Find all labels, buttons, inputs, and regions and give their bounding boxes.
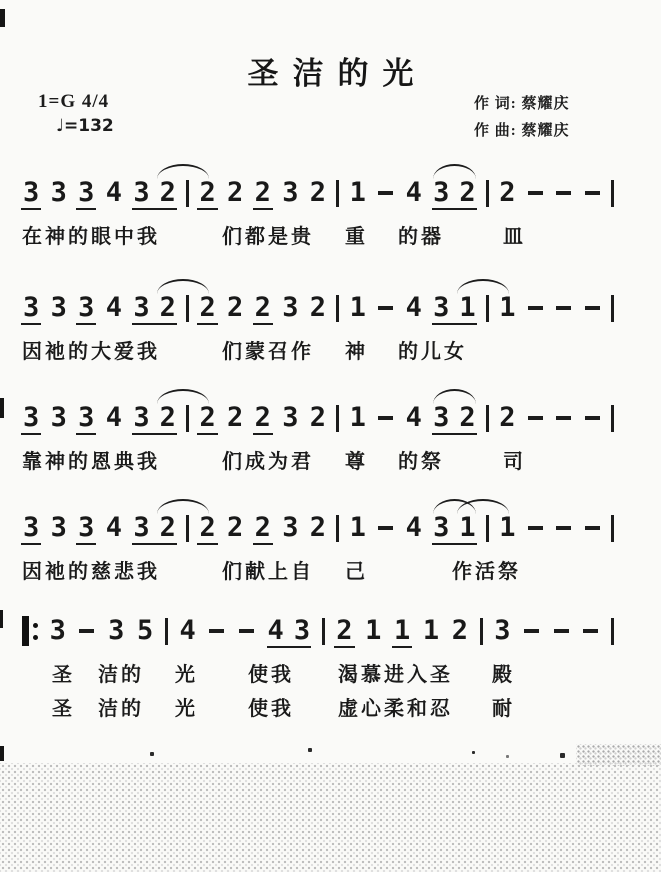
note-digit: 5	[136, 616, 154, 646]
notes-row: 3334322223214311	[22, 511, 614, 545]
note-digit: 4	[105, 513, 123, 543]
slur-arc	[157, 499, 209, 514]
slur-arc	[433, 164, 476, 179]
note-digit: 2	[254, 178, 272, 208]
lyric-segment: 皿	[503, 220, 526, 249]
note-digit: 3	[77, 293, 95, 323]
duration-dash	[583, 526, 602, 530]
scan-speck	[472, 751, 475, 754]
duration-dash-mark	[239, 629, 254, 633]
duration-dash-mark	[378, 416, 393, 420]
barline	[611, 295, 614, 322]
repeat-dot	[33, 623, 38, 628]
lyric-segment: 洁的	[98, 658, 144, 687]
note-digit: 3	[281, 513, 299, 543]
barline	[486, 515, 489, 542]
barline	[611, 180, 614, 207]
lyrics-row: 因祂的慈悲我们献上自己作活祭	[0, 555, 661, 581]
barline	[322, 618, 325, 645]
lyric-segment: 因祂的慈悲我	[22, 555, 160, 584]
repeat-bar	[22, 616, 29, 646]
beamed-note-group: 32	[432, 403, 477, 433]
note-digit: 2	[226, 403, 244, 433]
lyrics-row: 在神的眼中我们都是贵重的器皿	[0, 220, 661, 246]
note-digit: 2	[226, 293, 244, 323]
beamed-note-group: 32	[132, 513, 177, 543]
duration-dash	[526, 306, 545, 310]
scan-speck	[560, 753, 565, 758]
note-digit: 4	[268, 616, 284, 646]
note-digit: 3	[22, 293, 40, 323]
lyric-segment: 们蒙召作	[222, 335, 314, 364]
note-digit: 3	[294, 616, 310, 646]
note-digit: 3	[281, 293, 299, 323]
scan-speck	[308, 748, 312, 752]
duration-dash-mark	[554, 629, 569, 633]
note-digit: 1	[459, 293, 475, 323]
barline	[611, 618, 614, 645]
note-digit: 3	[433, 293, 449, 323]
barline	[186, 515, 189, 542]
note-digit: 3	[50, 293, 68, 323]
lyric-segment: 在神的眼中我	[22, 220, 160, 249]
note-digit: 2	[498, 178, 516, 208]
barline	[186, 180, 189, 207]
beamed-note-group: 32	[432, 178, 477, 208]
barline	[186, 295, 189, 322]
duration-dash	[526, 191, 545, 195]
repeat-start-sign	[22, 616, 38, 646]
note-digit: 1	[393, 616, 411, 646]
notes-row: 3334322223214322	[22, 401, 614, 435]
duration-dash	[526, 416, 545, 420]
note-digit: 2	[309, 178, 327, 208]
music-system-3: 3334322223214322 靠神的恩典我们成为君尊的祭司	[0, 401, 661, 435]
lyric-segment: 圣	[52, 658, 75, 687]
barline	[486, 405, 489, 432]
note-digit: 3	[433, 513, 449, 543]
note-digit: 4	[105, 178, 123, 208]
note-digit: 4	[405, 178, 423, 208]
slur-arc	[433, 389, 476, 404]
note-digit: 1	[459, 513, 475, 543]
note-digit: 1	[422, 616, 440, 646]
barline	[336, 405, 339, 432]
note-digit: 3	[22, 403, 40, 433]
barline	[165, 618, 168, 645]
duration-dash-mark	[524, 629, 539, 633]
lyric-segment: 使我	[248, 692, 294, 721]
duration-dash	[526, 526, 545, 530]
beamed-note-group: 31	[432, 513, 477, 543]
music-system-1: 3334322223214322 在神的眼中我们都是贵重的器皿	[0, 176, 661, 210]
duration-dash-mark	[528, 416, 543, 420]
barline	[186, 405, 189, 432]
lyric-segment: 己	[345, 555, 368, 584]
music-system-4: 3334322223214311 因祂的慈悲我们献上自己作活祭	[0, 511, 661, 545]
note-digit: 3	[50, 513, 68, 543]
scan-artifact	[0, 610, 3, 628]
duration-dash	[583, 306, 602, 310]
duration-dash-mark	[378, 526, 393, 530]
barline	[486, 180, 489, 207]
note-digit: 4	[405, 403, 423, 433]
lyric-segment: 洁的	[98, 692, 144, 721]
duration-dash-mark	[378, 191, 393, 195]
note-digit: 3	[133, 178, 149, 208]
note-digit: 1	[349, 178, 367, 208]
duration-dash	[376, 191, 395, 195]
duration-dash	[207, 629, 226, 633]
duration-dash	[554, 416, 573, 420]
scan-artifact	[0, 398, 4, 418]
repeat-dots	[33, 623, 38, 640]
duration-dash	[376, 416, 395, 420]
duration-dash	[522, 629, 541, 633]
note-digit: 2	[309, 513, 327, 543]
lyrics-row: 圣洁的光使我虚心柔和忍耐	[0, 692, 661, 718]
slur-arc	[457, 279, 509, 294]
note-digit: 1	[349, 513, 367, 543]
duration-dash-mark	[585, 191, 600, 195]
duration-dash-mark	[585, 306, 600, 310]
note-digit: 3	[77, 178, 95, 208]
lyric-segment: 尊	[345, 445, 368, 474]
note-digit: 2	[226, 513, 244, 543]
duration-dash-mark	[528, 306, 543, 310]
note-digit: 2	[451, 616, 469, 646]
barline	[611, 405, 614, 432]
duration-dash-mark	[528, 526, 543, 530]
barline	[486, 295, 489, 322]
note-digit: 2	[498, 403, 516, 433]
lyric-segment: 殿	[492, 658, 515, 687]
note-digit: 2	[459, 403, 475, 433]
lyrics-row: 圣洁的光使我渴慕进入圣殿	[0, 658, 661, 684]
note-digit: 3	[49, 616, 67, 646]
scan-artifact	[0, 746, 4, 761]
lyric-segment: 们都是贵	[222, 220, 314, 249]
note-digit: 4	[105, 293, 123, 323]
lyric-segment: 光	[175, 658, 198, 687]
duration-dash-mark	[79, 629, 94, 633]
duration-dash	[376, 526, 395, 530]
lyric-segment: 们成为君	[222, 445, 314, 474]
note-digit: 2	[254, 293, 272, 323]
duration-dash-mark	[209, 629, 224, 633]
duration-dash	[583, 191, 602, 195]
lyric-segment: 神	[345, 335, 368, 364]
slur-arc	[157, 279, 209, 294]
lyric-segment: 渴慕进入圣	[338, 658, 453, 687]
scan-artifact	[0, 9, 5, 27]
note-digit: 2	[309, 293, 327, 323]
note-digit: 4	[405, 513, 423, 543]
lyric-segment: 的器	[398, 220, 444, 249]
duration-dash	[583, 416, 602, 420]
lyric-segment: 因祂的大爱我	[22, 335, 160, 364]
tempo-marking: ♩=132	[56, 116, 114, 136]
note-digit: 1	[349, 403, 367, 433]
composer-credit: 作 曲: 蔡耀庆	[474, 119, 570, 140]
repeat-dot	[33, 635, 38, 640]
note-digit: 2	[160, 403, 176, 433]
note-digit: 4	[405, 293, 423, 323]
lyric-segment: 靠神的恩典我	[22, 445, 160, 474]
slur-arc	[157, 389, 209, 404]
duration-dash	[554, 191, 573, 195]
note-digit: 3	[493, 616, 511, 646]
duration-dash-mark	[556, 306, 571, 310]
lyric-segment: 的儿女	[398, 335, 467, 364]
notes-row: 3334322223214311	[22, 291, 614, 325]
note-digit: 2	[198, 403, 216, 433]
duration-dash	[237, 629, 256, 633]
duration-dash	[554, 526, 573, 530]
music-system-5-refrain: 335443211123 圣洁的光使我渴慕进入圣殿圣洁的光使我虚心柔和忍耐	[0, 614, 661, 648]
duration-dash-mark	[585, 526, 600, 530]
scan-speck	[506, 755, 509, 758]
beamed-note-group: 32	[132, 403, 177, 433]
note-digit: 1	[498, 293, 516, 323]
note-digit: 2	[160, 178, 176, 208]
duration-dash	[554, 306, 573, 310]
lyric-segment: 作活祭	[452, 555, 521, 584]
note-digit: 4	[105, 403, 123, 433]
duration-dash-mark	[556, 416, 571, 420]
lyric-segment: 的祭	[398, 445, 444, 474]
lyrics-row: 靠神的恩典我们成为君尊的祭司	[0, 445, 661, 471]
lyrics-row: 因祂的大爱我们蒙召作神的儿女	[0, 335, 661, 361]
notes-row: 335443211123	[22, 614, 614, 648]
note-digit: 3	[77, 403, 95, 433]
duration-dash-mark	[585, 416, 600, 420]
barline	[480, 618, 483, 645]
beamed-note-group: 32	[132, 293, 177, 323]
slur-arc	[157, 164, 209, 179]
note-digit: 2	[335, 616, 353, 646]
note-digit: 3	[77, 513, 95, 543]
note-digit: 3	[22, 178, 40, 208]
key-signature: 1=G 4/4	[38, 91, 109, 113]
note-digit: 2	[254, 513, 272, 543]
lyric-segment: 光	[175, 692, 198, 721]
note-digit: 3	[50, 403, 68, 433]
note-digit: 3	[133, 513, 149, 543]
duration-dash	[552, 629, 571, 633]
note-digit: 1	[364, 616, 382, 646]
note-digit: 2	[198, 293, 216, 323]
note-digit: 3	[50, 178, 68, 208]
note-digit: 3	[433, 178, 449, 208]
note-digit: 3	[433, 403, 449, 433]
lyricist-credit: 作 词: 蔡耀庆	[474, 92, 570, 113]
note-digit: 2	[198, 513, 216, 543]
sheet-music-page: 圣洁的光 1=G 4/4 ♩=132 作 词: 蔡耀庆 作 曲: 蔡耀庆 333…	[0, 0, 661, 872]
duration-dash	[77, 629, 96, 633]
note-digit: 2	[254, 403, 272, 433]
music-system-2: 3334322223214311 因祂的大爱我们蒙召作神的儿女	[0, 291, 661, 325]
note-digit: 1	[498, 513, 516, 543]
note-digit: 3	[281, 403, 299, 433]
beamed-note-group: 31	[432, 293, 477, 323]
beamed-note-group: 32	[132, 178, 177, 208]
duration-dash-mark	[556, 526, 571, 530]
note-digit: 3	[133, 293, 149, 323]
duration-dash-mark	[528, 191, 543, 195]
song-title: 圣洁的光	[0, 48, 661, 93]
notes-row: 3334322223214322	[22, 176, 614, 210]
duration-dash-mark	[583, 629, 598, 633]
duration-dash	[376, 306, 395, 310]
duration-dash	[581, 629, 600, 633]
note-digit: 2	[459, 178, 475, 208]
note-digit: 2	[198, 178, 216, 208]
note-digit: 1	[349, 293, 367, 323]
note-digit: 4	[178, 616, 196, 646]
note-digit: 3	[281, 178, 299, 208]
barline	[336, 295, 339, 322]
scan-speck	[150, 752, 154, 756]
beamed-note-group: 43	[267, 616, 312, 646]
lyric-segment: 虚心柔和忍	[338, 692, 453, 721]
halftone-scan-noise-band	[0, 763, 661, 872]
note-digit: 2	[226, 178, 244, 208]
note-digit: 3	[107, 616, 125, 646]
duration-dash-mark	[556, 191, 571, 195]
lyric-segment: 使我	[248, 658, 294, 687]
duration-dash-mark	[378, 306, 393, 310]
lyric-segment: 圣	[52, 692, 75, 721]
note-digit: 3	[22, 513, 40, 543]
barline	[336, 515, 339, 542]
lyric-segment: 耐	[492, 692, 515, 721]
note-digit: 2	[309, 403, 327, 433]
note-digit: 2	[160, 293, 176, 323]
lyric-segment: 们献上自	[222, 555, 314, 584]
barline	[336, 180, 339, 207]
note-digit: 3	[133, 403, 149, 433]
barline	[611, 515, 614, 542]
lyric-segment: 重	[345, 220, 368, 249]
note-digit: 2	[160, 513, 176, 543]
lyric-segment: 司	[503, 445, 526, 474]
